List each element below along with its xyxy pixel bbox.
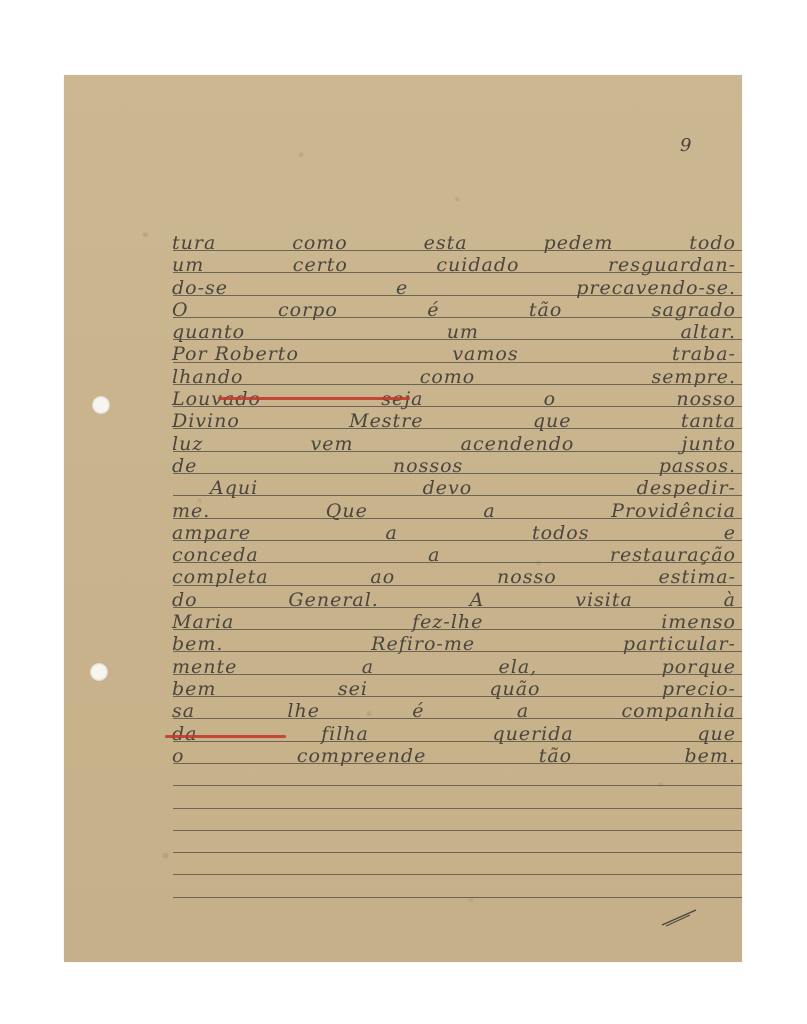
word: altar. [681,321,736,343]
word: nossos [393,455,463,477]
word: vamos [452,343,518,365]
word: me. [172,500,210,522]
word: Divino [172,410,240,432]
text-line: Mariafez-lheimenso [172,611,740,633]
text-line: bem.Refiro-meparticular- [172,633,740,655]
word: bem [172,678,216,700]
word: lhando [172,366,243,388]
text-line: turacomoestapedemtodo [172,232,740,254]
word: que [533,410,572,432]
word: é [412,700,424,722]
word: passos. [659,455,736,477]
red-underline-maria [165,735,286,738]
rule-line [173,830,742,831]
text-line: lhandocomosempre. [172,366,740,388]
word: Aqui [210,477,258,499]
word: sempre. [651,366,736,388]
word: o [544,388,556,410]
word: cuidado [436,254,519,276]
word: pedem [544,232,614,254]
word: conceda [172,544,259,566]
text-line: me.QueaProvidência [172,500,740,522]
text-line: do-seeprecavendo-se. [172,277,740,299]
word: fez-lhe [412,611,483,633]
punch-hole-upper [92,396,110,414]
text-line: Ocorpoétãosagrado [172,299,740,321]
word: tão [529,299,562,321]
word: sei [338,678,368,700]
word: bem. [685,745,736,767]
word: lhe [287,700,320,722]
text-line: ampareatodose [172,522,740,544]
word: nosso [676,388,736,410]
word: corpo [278,299,338,321]
text-line: concedaarestauração [172,544,740,566]
word: vem [311,433,354,455]
word: mente [172,656,237,678]
word: Por Roberto [172,343,299,365]
word: precavendo-se. [576,277,736,299]
word: estima- [658,566,735,588]
word: precio- [662,678,736,700]
red-underline-por-roberto [218,397,410,400]
word: restauração [610,544,736,566]
rule-line [173,808,742,809]
word: e [724,522,736,544]
text-line: Por Robertovamostraba- [172,343,740,365]
word: de [172,455,197,477]
word: devo [423,477,473,499]
word: sa [172,700,195,722]
word: despedir- [637,477,736,499]
text-line: DivinoMestrequetanta [172,410,740,432]
word: Providência [611,500,736,522]
rule-line [173,897,742,898]
text-line: salheéacompanhia [172,700,740,722]
word: a [385,522,397,544]
word: luz [172,433,203,455]
word: particular- [623,633,736,655]
word: à [724,589,736,611]
word: Que [326,500,368,522]
text-line: dafilhaqueridaque [172,723,740,745]
text-line: luzvemacendendojunto [172,433,740,455]
text-line: umcertocuidadoresguardan- [172,254,740,276]
text-line: bemseiquãoprecio- [172,678,740,700]
word: bem. [172,633,223,655]
word: ampare [172,522,251,544]
word: resguardan- [608,254,736,276]
word: junto [682,433,736,455]
word: todo [689,232,736,254]
word: imenso [661,611,736,633]
word: companhia [622,700,736,722]
word: Refiro-me [371,633,475,655]
word: um [172,254,204,276]
word: porque [662,656,736,678]
word: do-se [172,277,228,299]
word: traba- [672,343,736,365]
text-line: quantoumaltar. [172,321,740,343]
word: compreende [297,745,426,767]
word: a [483,500,495,522]
word: é [427,299,439,321]
word: todos [532,522,589,544]
word: da [172,723,198,745]
word: Mestre [349,410,423,432]
text-line: denossospassos. [172,455,740,477]
word: certo [293,254,348,276]
text-line: Aquidevodespedir- [172,477,740,499]
rule-line [173,852,742,853]
text-line: ocompreendetãobem. [172,745,740,767]
word: Maria [172,611,234,633]
punch-hole-lower [90,663,108,681]
handwritten-text: turacomoestapedemtodoumcertocuidadoresgu… [172,232,740,767]
word: ela, [499,656,538,678]
word: que [697,723,736,745]
word: tanta [681,410,736,432]
rule-line [173,785,742,786]
word: do [172,589,198,611]
word: a [362,656,374,678]
word: como [292,232,348,254]
word: um [447,321,479,343]
text-line: doGeneral.Avisitaà [172,589,740,611]
word: A [470,589,485,611]
word: a [517,700,529,722]
word: acendendo [461,433,575,455]
word: o [172,745,184,767]
word: General. [288,589,378,611]
text-line: completaaonossoestima- [172,566,740,588]
word: filha [321,723,369,745]
word: a [428,544,440,566]
page-number: 9 [680,135,691,156]
check-mark-icon [660,907,700,927]
word: como [420,366,476,388]
word: completa [172,566,269,588]
word: tura [172,232,216,254]
word: nosso [497,566,557,588]
word: querida [492,723,573,745]
text-line: menteaela,porque [172,656,740,678]
word: quão [489,678,540,700]
word: esta [424,232,468,254]
word: sagrado [652,299,736,321]
word: O [172,299,189,321]
word: tão [539,745,572,767]
word: visita [575,589,633,611]
word: quanto [172,321,245,343]
word: ao [370,566,395,588]
manuscript-page: 9 turacomoestapedemtodoumcertocuidadores… [64,75,742,962]
rule-line [173,874,742,875]
word: e [396,277,408,299]
